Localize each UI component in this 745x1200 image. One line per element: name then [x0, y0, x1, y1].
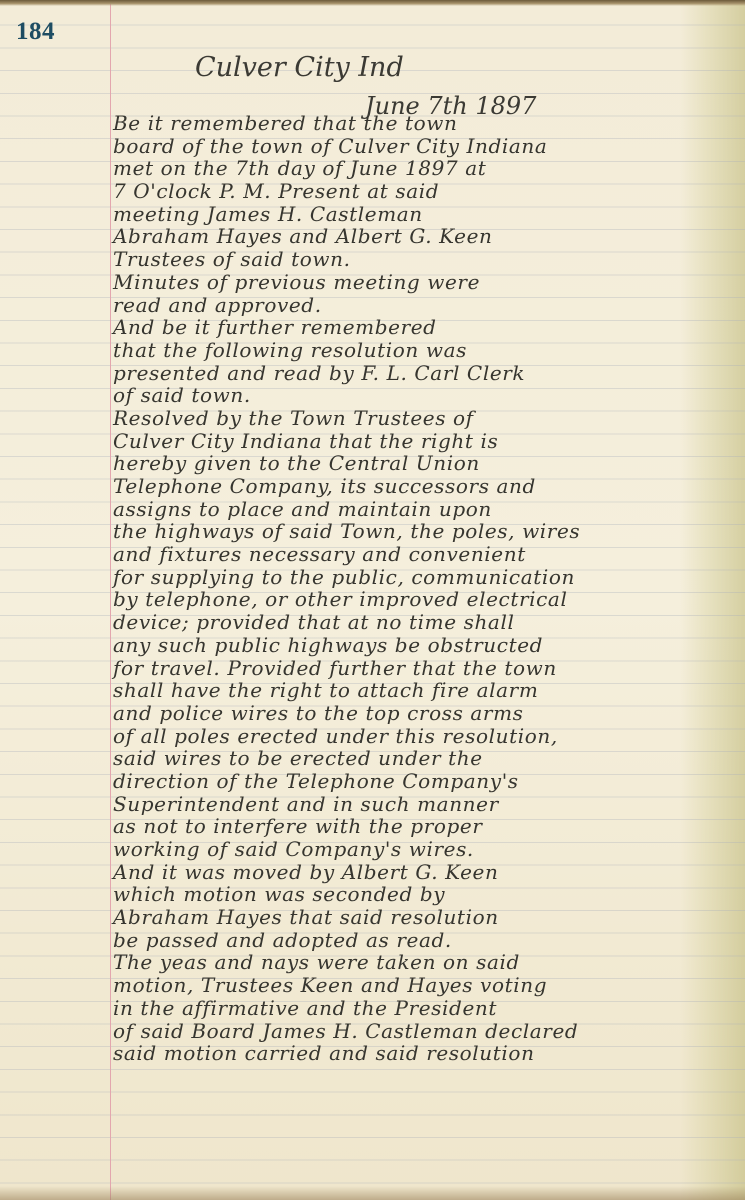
- handwritten-line: Abraham Hayes and Albert G. Keen: [113, 225, 733, 248]
- handwritten-line: any such public highways be obstructed: [113, 634, 733, 657]
- handwritten-line: Resolved by the Town Trustees of: [113, 407, 733, 430]
- handwritten-line: that the following resolution was: [113, 339, 733, 362]
- handwritten-line: Trustees of said town.: [113, 248, 733, 271]
- heading-place: Culver City Ind: [195, 52, 404, 83]
- handwritten-line: motion, Trustees Keen and Hayes voting: [113, 974, 733, 997]
- handwritten-line: and police wires to the top cross arms: [113, 702, 733, 725]
- handwritten-line: of all poles erected under this resoluti…: [113, 725, 733, 748]
- handwritten-line: device; provided that at no time shall: [113, 611, 733, 634]
- handwritten-line: the highways of said Town, the poles, wi…: [113, 520, 733, 543]
- handwritten-line: Telephone Company, its successors and: [113, 475, 733, 498]
- handwritten-line: Abraham Hayes that said resolution: [113, 906, 733, 929]
- handwritten-line: met on the 7th day of June 1897 at: [113, 157, 733, 180]
- handwritten-line: Minutes of previous meeting were: [113, 271, 733, 294]
- handwritten-line: Superintendent and in such manner: [113, 793, 733, 816]
- minutes-body: Be it remembered that the townboard of t…: [113, 112, 733, 1065]
- handwritten-line: board of the town of Culver City Indiana: [113, 135, 733, 158]
- handwritten-line: as not to interfere with the proper: [113, 815, 733, 838]
- handwritten-line: in the affirmative and the President: [113, 997, 733, 1020]
- handwritten-line: And it was moved by Albert G. Keen: [113, 861, 733, 884]
- handwritten-line: direction of the Telephone Company's: [113, 770, 733, 793]
- handwritten-line: said wires to be erected under the: [113, 747, 733, 770]
- ledger-page: 184 Culver City Ind June 7th 1897 Be it …: [0, 0, 745, 1200]
- handwritten-line: shall have the right to attach fire alar…: [113, 679, 733, 702]
- handwritten-line: Be it remembered that the town: [113, 112, 733, 135]
- handwritten-line: And be it further remembered: [113, 316, 733, 339]
- page-bottom-edge: [0, 1186, 745, 1200]
- handwritten-line: for supplying to the public, communicati…: [113, 566, 733, 589]
- handwritten-line: 7 O'clock P. M. Present at said: [113, 180, 733, 203]
- handwritten-line: hereby given to the Central Union: [113, 452, 733, 475]
- margin-line: [110, 0, 111, 1200]
- handwritten-line: read and approved.: [113, 294, 733, 317]
- handwritten-line: and fixtures necessary and convenient: [113, 543, 733, 566]
- handwritten-line: for travel. Provided further that the to…: [113, 657, 733, 680]
- page-top-edge: [0, 0, 745, 6]
- handwritten-line: which motion was seconded by: [113, 883, 733, 906]
- handwritten-line: of said town.: [113, 384, 733, 407]
- handwritten-line: by telephone, or other improved electric…: [113, 588, 733, 611]
- handwritten-line: working of said Company's wires.: [113, 838, 733, 861]
- handwritten-line: said motion carried and said resolution: [113, 1042, 733, 1065]
- handwritten-line: assigns to place and maintain upon: [113, 498, 733, 521]
- handwritten-line: The yeas and nays were taken on said: [113, 951, 733, 974]
- handwritten-line: of said Board James H. Castleman declare…: [113, 1020, 733, 1043]
- page-number: 184: [16, 18, 55, 46]
- handwritten-line: be passed and adopted as read.: [113, 929, 733, 952]
- handwritten-line: presented and read by F. L. Carl Clerk: [113, 362, 733, 385]
- handwritten-line: Culver City Indiana that the right is: [113, 430, 733, 453]
- handwritten-line: meeting James H. Castleman: [113, 203, 733, 226]
